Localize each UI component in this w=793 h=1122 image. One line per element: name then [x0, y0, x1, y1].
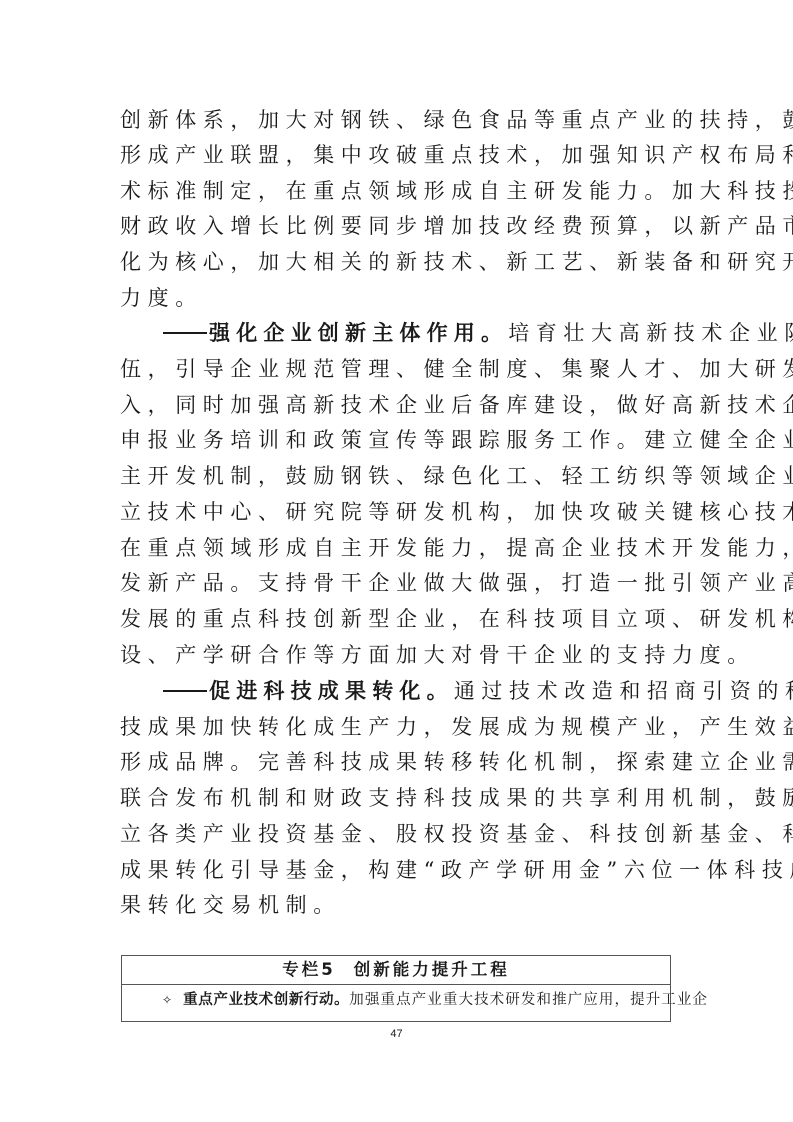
box-item-heading: 重点产业技术创新行动。	[183, 992, 349, 1008]
body-text-line: 化为核心，加大相关的新技术、新工艺、新装备和研究开发	[120, 247, 680, 277]
body-text-line: 在重点领域形成自主开发能力，提高企业技术开发能力，研	[120, 533, 680, 563]
em-dash	[163, 690, 207, 692]
body-text-line: 主开发机制，鼓励钢铁、绿色化工、轻工纺织等领域企业建	[120, 461, 680, 491]
body-text: 培育壮大高新技术企业队	[508, 321, 793, 345]
body-text-line: 立技术中心、研究院等研发机构，加快攻破关键核心技术，	[120, 497, 680, 527]
diamond-bullet-icon: ✧	[162, 993, 173, 1007]
body-text-line: 立各类产业投资基金、股权投资基金、科技创新基金、科技	[120, 819, 680, 849]
body-text-line: 力度。	[120, 283, 680, 313]
body-text-line: 申报业务培训和政策宣传等跟踪服务工作。建立健全企业自	[120, 425, 680, 455]
body-text-line: 发新产品。支持骨干企业做大做强，打造一批引领产业高端	[120, 568, 680, 598]
box-item-text: 加强重点产业重大技术研发和推广应用，提升工业企	[349, 992, 708, 1008]
feature-box: 专栏5创新能力提升工程 ✧重点产业技术创新行动。加强重点产业重大技术研发和推广应…	[121, 955, 671, 1022]
body-text-line: 果转化交易机制。	[120, 890, 680, 920]
section-heading: 促进科技成果转化。	[209, 678, 454, 703]
body-text-line: 发展的重点科技创新型企业，在科技项目立项、研发机构建	[120, 604, 680, 634]
body-text-line: 形成产业联盟，集中攻破重点技术，加强知识产权布局和技	[120, 140, 680, 170]
box-list-item: ✧重点产业技术创新行动。加强重点产业重大技术研发和推广应用，提升工业企	[162, 988, 708, 1012]
document-page: 创新体系，加大对钢铁、绿色食品等重点产业的扶持，鼓励 形成产业联盟，集中攻破重点…	[0, 0, 793, 1122]
em-dash	[163, 332, 207, 334]
body-text-line: 创新体系，加大对钢铁、绿色食品等重点产业的扶持，鼓励	[120, 105, 680, 135]
body-text-line: 入，同时加强高新技术企业后备库建设，做好高新技术企业	[120, 390, 680, 420]
box-title-number: 专栏5	[282, 960, 335, 979]
body-text-line: 形成品牌。完善科技成果转移转化机制，探索建立企业需求	[120, 747, 680, 777]
page-number: 47	[0, 1026, 793, 1042]
section-heading-line: 促进科技成果转化。通过技术改造和招商引资的科	[163, 676, 723, 706]
body-text-line: 联合发布机制和财政支持科技成果的共享利用机制，鼓励设	[120, 783, 680, 813]
box-title-text: 创新能力提升工程	[354, 960, 510, 979]
section-heading-line: 强化企业创新主体作用。培育壮大高新技术企业队	[163, 318, 723, 348]
body-text-line: 术标准制定，在重点领域形成自主研发能力。加大科技投入，	[120, 176, 680, 206]
section-heading: 强化企业创新主体作用。	[209, 320, 508, 345]
body-text: 通过技术改造和招商引资的科	[454, 679, 793, 703]
body-text-line: 伍，引导企业规范管理、健全制度、集聚人才、加大研发投	[120, 354, 680, 384]
body-text-line: 技成果加快转化成生产力，发展成为规模产业，产生效益，	[120, 712, 680, 742]
body-text-line: 成果转化引导基金，构建“政产学研用金”六位一体科技成	[120, 855, 680, 885]
body-text-line: 设、产学研合作等方面加大对骨干企业的支持力度。	[120, 640, 680, 670]
body-text-line: 财政收入增长比例要同步增加技改经费预算，以新产品市场	[120, 211, 680, 241]
box-title: 专栏5创新能力提升工程	[122, 956, 670, 985]
